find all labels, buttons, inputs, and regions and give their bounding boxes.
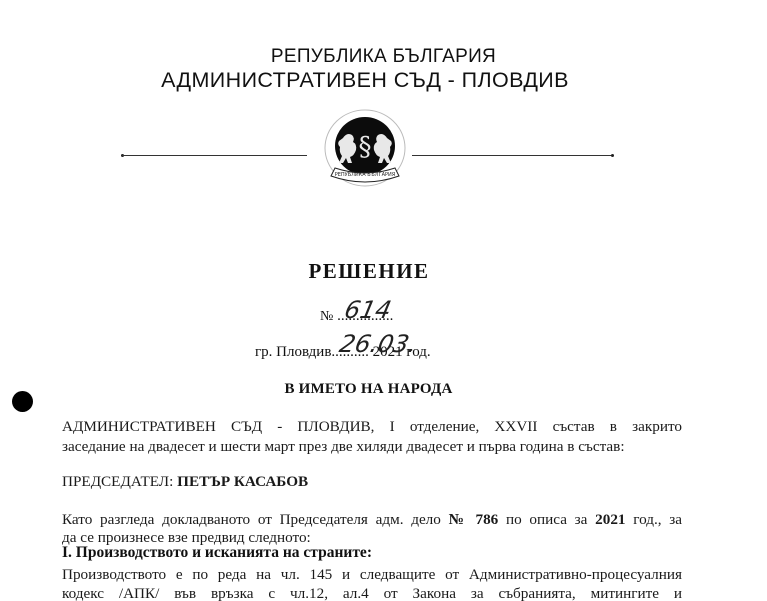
proceedings-line-2: кодекс /АПК/ във връзка с чл.12, ал.4 от… (62, 584, 682, 601)
court-emblem-icon: § РЕПУБЛИКА БЪЛГАРИЯ (313, 108, 417, 192)
case-text-1: Като разгледа докладваното от Председате… (62, 511, 449, 528)
handwritten-decision-number: 614 (342, 296, 394, 324)
case-paragraph-line-1: Като разгледа докладваното от Председате… (62, 510, 682, 530)
chair-name: ПЕТЪР КАСАБОВ (177, 473, 308, 490)
case-text-3: год., за (626, 511, 683, 528)
country-heading: РЕПУБЛИКА БЪЛГАРИЯ (0, 46, 767, 68)
case-number: № 786 (449, 511, 499, 528)
chairman-line: ПРЕДСЕДАТЕЛ: ПЕТЪР КАСАБОВ (62, 472, 682, 492)
decision-title: РЕШЕНИЕ (0, 259, 738, 284)
intro-line-1: АДМИНИСТРАТИВЕН СЪД - ПЛОВДИВ, I отделен… (62, 417, 682, 437)
chair-label: ПРЕДСЕДАТЕЛ: (62, 473, 177, 490)
divider-right (412, 155, 612, 156)
proceedings-line-1: Производството е по реда на чл. 145 и сл… (62, 565, 682, 585)
case-year: 2021 (595, 511, 625, 528)
svg-text:РЕПУБЛИКА БЪЛГАРИЯ: РЕПУБЛИКА БЪЛГАРИЯ (335, 172, 396, 178)
place-prefix: гр. Пловдив (255, 344, 331, 360)
number-sign: № (320, 309, 333, 324)
svg-text:§: § (359, 132, 372, 162)
intro-line-2: заседание на двадесет и шести март през … (62, 437, 682, 457)
divider-left (122, 155, 307, 156)
case-text-2: по описа за (498, 511, 595, 528)
section-heading: I. Производството и исканията на странит… (62, 544, 372, 562)
court-heading: АДМИНИСТРАТИВЕН СЪД - ПЛОВДИВ (0, 68, 730, 93)
in-the-name-of-the-people: В ИМЕТО НА НАРОДА (0, 381, 737, 398)
rule-endpoint-right (611, 154, 614, 157)
handwritten-date: 26.03. (337, 330, 419, 358)
